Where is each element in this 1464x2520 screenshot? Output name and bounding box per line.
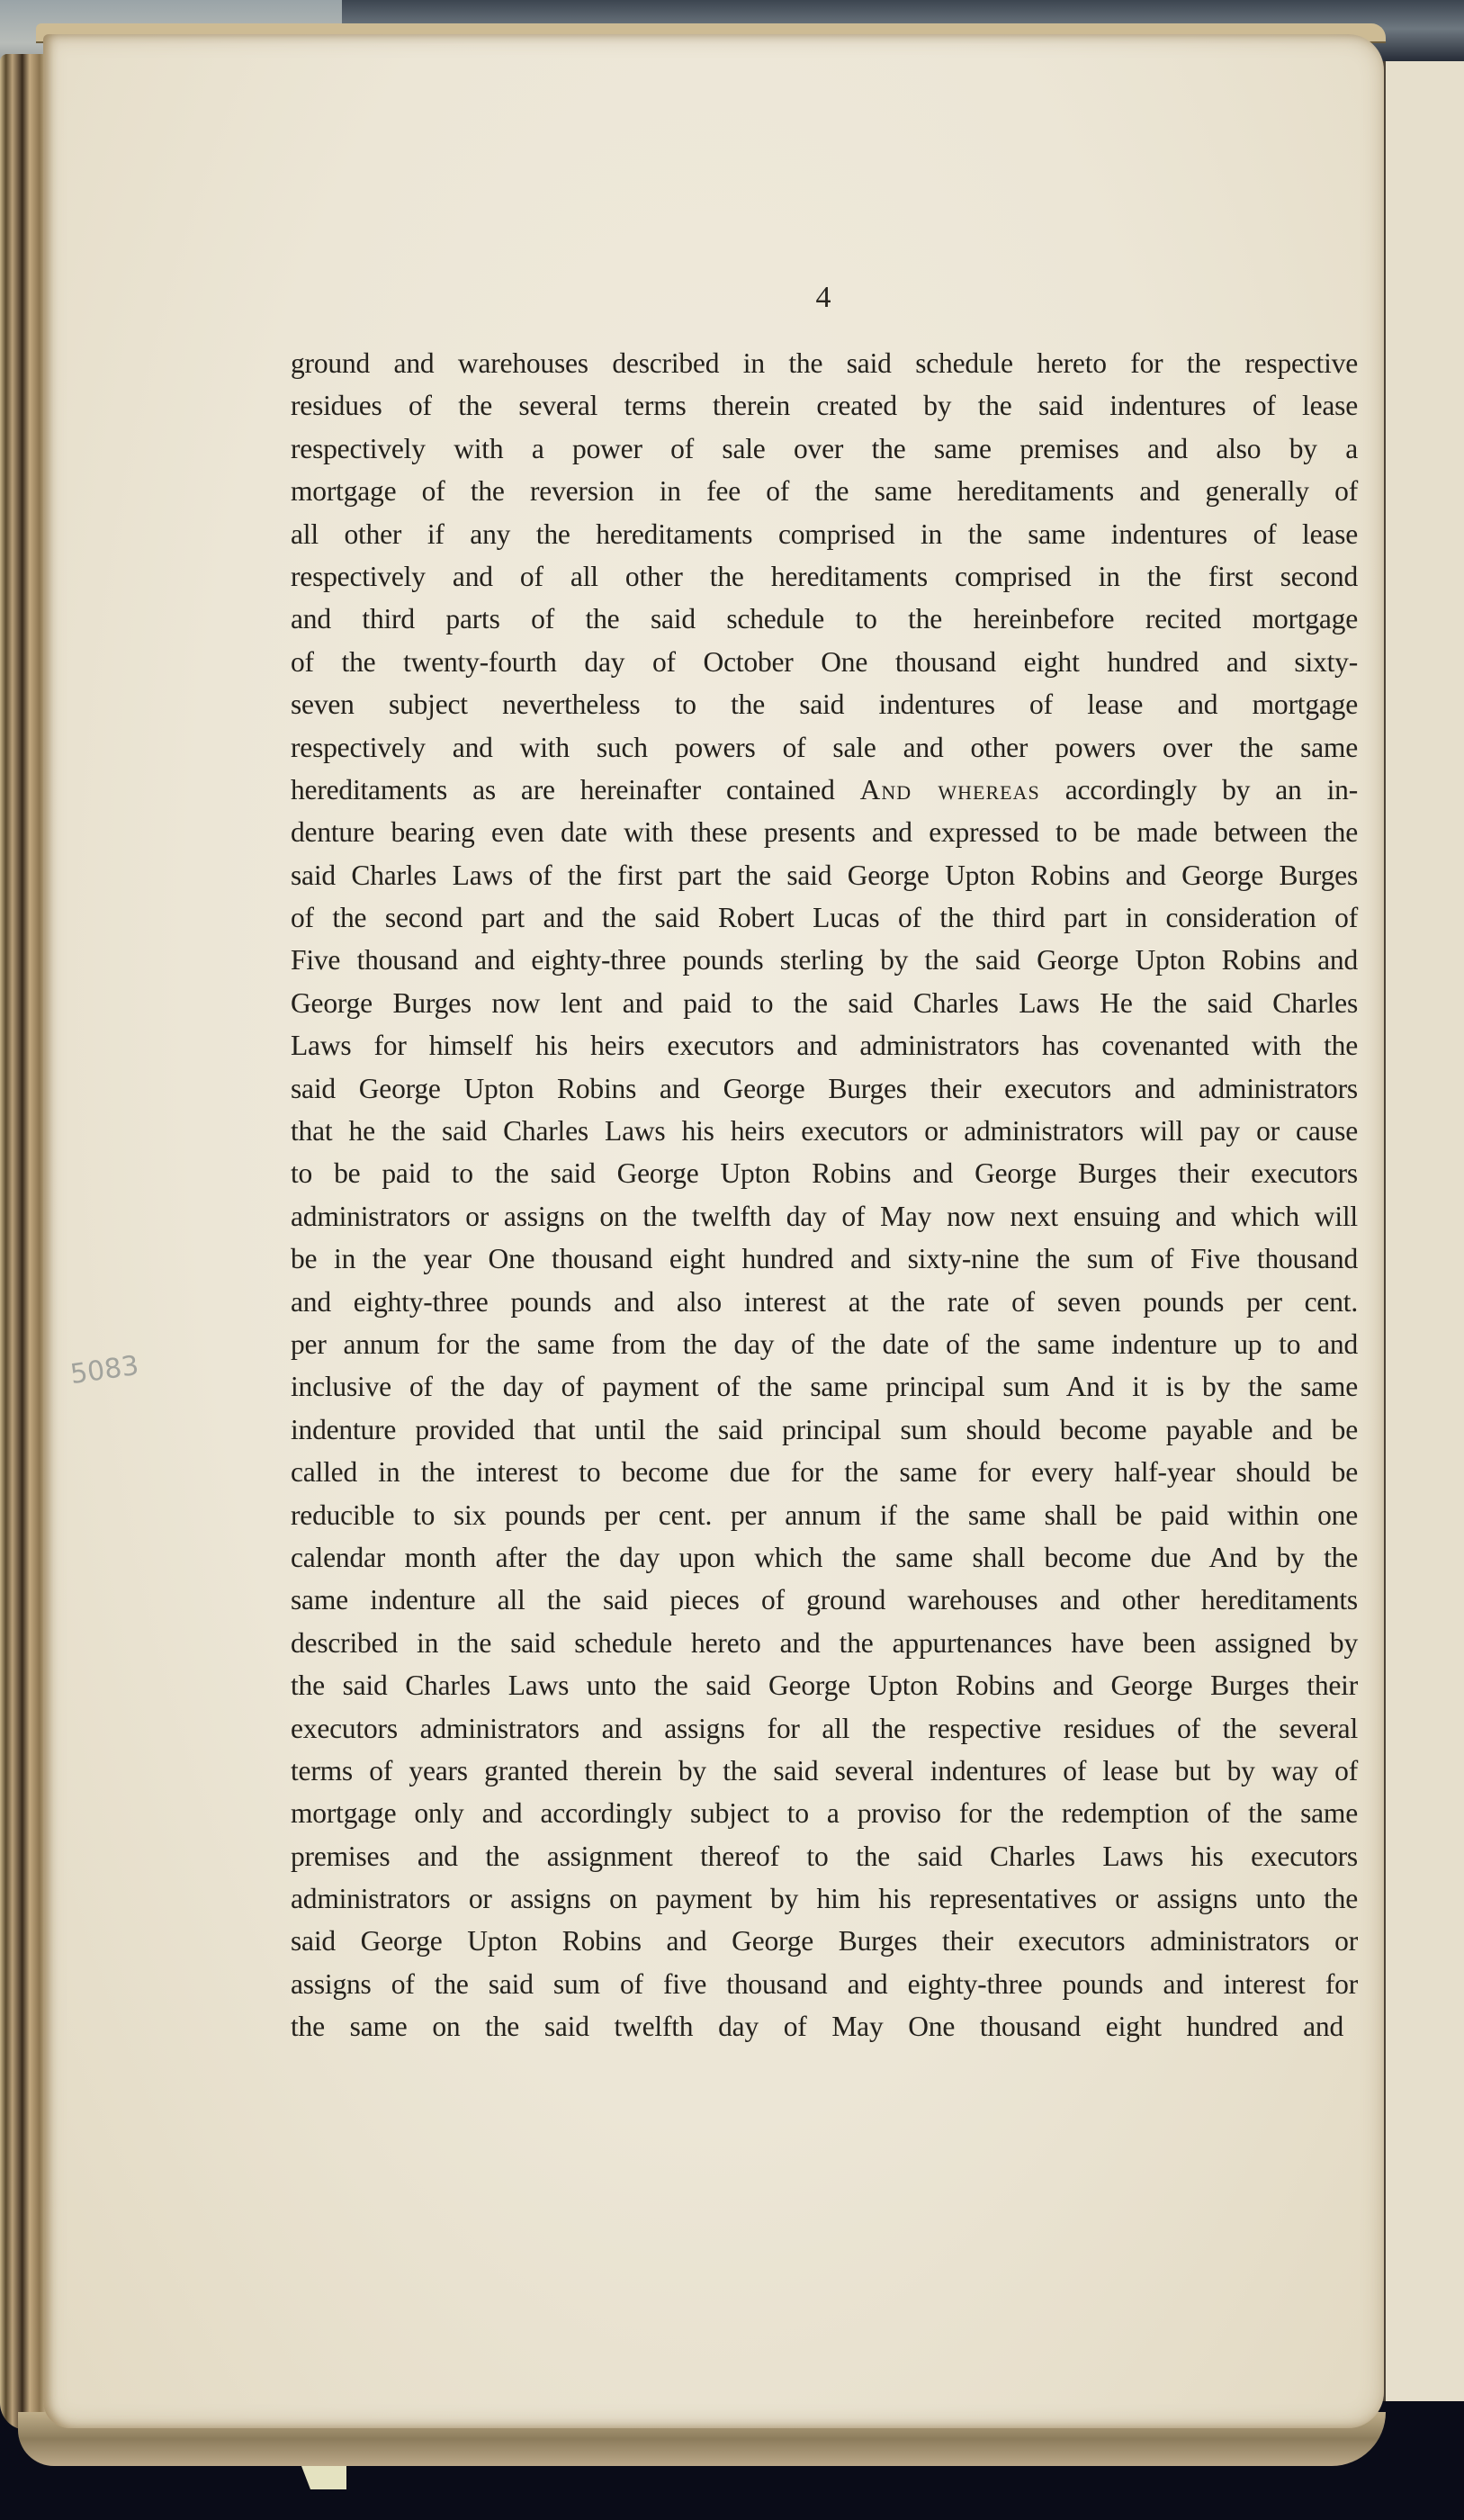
- text-line: George Burges now lent and paid to the s…: [291, 982, 1358, 1024]
- text-line-and-whereas: hereditaments as are hereinafter contain…: [291, 769, 1358, 811]
- text-line: denture bearing even date with these pre…: [291, 811, 1358, 853]
- text-line: said George Upton Robins and George Burg…: [291, 1920, 1358, 1962]
- text-line: calendar month after the day upon which …: [291, 1536, 1358, 1579]
- text-line: terms of years granted therein by the sa…: [291, 1750, 1358, 1792]
- text-line: respectively and with such powers of sal…: [291, 726, 1358, 769]
- text-line: indenture provided that until the said p…: [291, 1408, 1358, 1451]
- text-line: premises and the assignment thereof to t…: [291, 1835, 1358, 1877]
- and-whereas-smallcaps: And whereas: [860, 774, 1040, 805]
- text-line: all other if any the hereditaments compr…: [291, 513, 1358, 555]
- text-line: Five thousand and eighty-three pounds st…: [291, 939, 1358, 981]
- text-line: reducible to six pounds per cent. per an…: [291, 1494, 1358, 1536]
- paper-slip: [301, 2466, 346, 2489]
- text-line: same indenture all the said pieces of gr…: [291, 1579, 1358, 1621]
- text-line: ground and warehouses described in the s…: [291, 342, 1358, 384]
- text-line: executors administrators and assigns for…: [291, 1707, 1358, 1750]
- text-line: per annum for the same from the day of t…: [291, 1323, 1358, 1365]
- text-line: the same on the said twelfth day of May …: [291, 2005, 1343, 2047]
- text-line: of the twenty-fourth day of October One …: [291, 641, 1358, 683]
- text-line: mortgage only and accordingly subject to…: [291, 1792, 1358, 1834]
- text-line: be in the year One thousand eight hundre…: [291, 1237, 1358, 1280]
- text-line: the said Charles Laws unto the said Geor…: [291, 1664, 1358, 1706]
- text-line: respectively and of all other the heredi…: [291, 555, 1358, 598]
- next-page-edge: [1386, 61, 1464, 2401]
- text-line: described in the said schedule hereto an…: [291, 1622, 1358, 1664]
- text-segment: accordingly by an in-: [1040, 774, 1358, 805]
- text-line: called in the interest to become due for…: [291, 1451, 1358, 1493]
- text-line: residues of the several terms therein cr…: [291, 384, 1358, 427]
- text-line: inclusive of the day of payment of the s…: [291, 1365, 1358, 1408]
- text-line: mortgage of the reversion in fee of the …: [291, 470, 1358, 512]
- text-line: and eighty-three pounds and also interes…: [291, 1281, 1358, 1323]
- text-line: respectively with a power of sale over t…: [291, 427, 1358, 470]
- text-line: administrators or assigns on the twelfth…: [291, 1195, 1358, 1237]
- text-line: said George Upton Robins and George Burg…: [291, 1067, 1358, 1110]
- page-number: 4: [0, 281, 1464, 315]
- deed-body-text: ground and warehouses described in the s…: [291, 342, 1358, 2048]
- text-line: administrators or assigns on payment by …: [291, 1877, 1358, 1920]
- text-line: to be paid to the said George Upton Robi…: [291, 1152, 1358, 1194]
- text-line: assigns of the said sum of five thousand…: [291, 1963, 1358, 2005]
- text-line: and third parts of the said schedule to …: [291, 598, 1358, 640]
- text-segment: hereditaments as are hereinafter contain…: [291, 774, 860, 805]
- text-line: that he the said Charles Laws his heirs …: [291, 1110, 1358, 1152]
- text-line: of the second part and the said Robert L…: [291, 896, 1358, 939]
- text-line: Laws for himself his heirs executors and…: [291, 1024, 1358, 1066]
- text-line: seven subject nevertheless to the said i…: [291, 683, 1358, 725]
- left-page-edges: [0, 54, 49, 2430]
- text-line: said Charles Laws of the first part the …: [291, 854, 1358, 896]
